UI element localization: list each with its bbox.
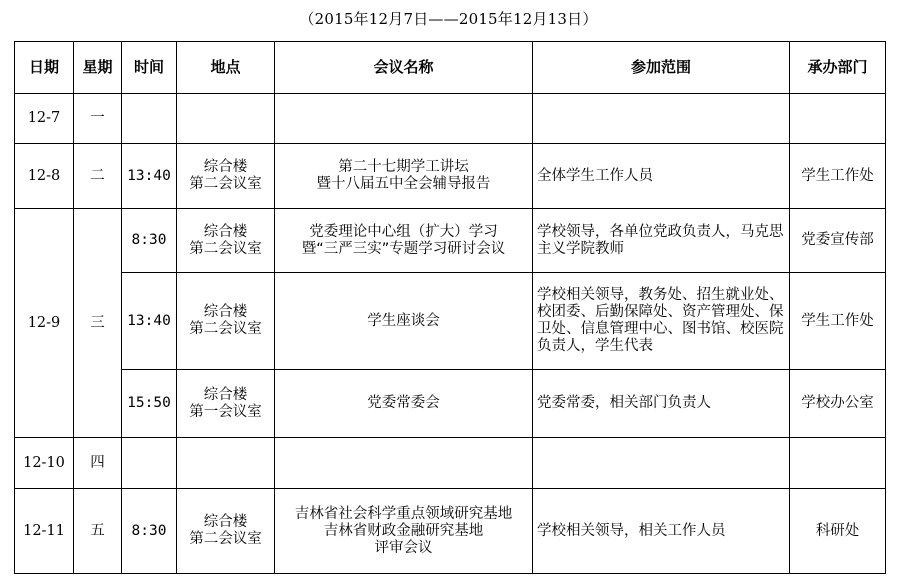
location-building: 综合楼: [181, 304, 270, 321]
location-building: 综合楼: [181, 387, 270, 404]
table-row: 13:40 综合楼 第二会议室 学生座谈会 学校相关领导，教务处、招生就业处、校…: [15, 273, 886, 370]
date-cell: 12-8: [15, 144, 74, 209]
table-row: 12-9 三 8:30 综合楼 第二会议室 党委理论中心组（扩大）学习 暨“三严…: [15, 209, 886, 273]
time-cell: 15:50: [122, 370, 177, 438]
meeting-schedule-table: 日期 星期 时间 地点 会议名称 参加范围 承办部门 12-7 一 12-8 二…: [14, 41, 886, 574]
attendees-cell: 学校相关领导，教务处、招生就业处、校团委、后勤保障处、资产管理处、保卫处、信息管…: [533, 273, 790, 370]
meeting-name-line: 党委常委会: [279, 395, 528, 412]
header-weekday: 星期: [74, 42, 122, 94]
time-cell: 13:40: [122, 273, 177, 370]
organizer-cell: 学校办公室: [790, 370, 886, 438]
table-row: 15:50 综合楼 第一会议室 党委常委会 党委常委，相关部门负责人 学校办公室: [15, 370, 886, 438]
location-room: 第一会议室: [181, 404, 270, 421]
location-cell: 综合楼 第二会议室: [177, 273, 275, 370]
weekday-cell: 三: [74, 209, 122, 438]
meeting-name-cell: 党委理论中心组（扩大）学习 暨“三严三实”专题学习研讨会议: [275, 209, 533, 273]
date-cell: 12-10: [15, 438, 74, 489]
location-building: 综合楼: [181, 159, 270, 176]
meeting-name-cell: [275, 438, 533, 489]
meeting-name-cell: 第二十七期学工讲坛 暨十八届五中全会辅导报告: [275, 144, 533, 209]
date-range-subtitle: （2015年12月7日——2015年12月13日）: [0, 9, 897, 29]
organizer-cell: 学生工作处: [790, 273, 886, 370]
header-location: 地点: [177, 42, 275, 94]
attendees-cell: [533, 94, 790, 144]
meeting-name-cell: 党委常委会: [275, 370, 533, 438]
time-cell: [122, 438, 177, 489]
location-room: 第二会议室: [181, 176, 270, 193]
meeting-name-line: 评审会议: [279, 540, 528, 557]
organizer-cell: [790, 438, 886, 489]
time-cell: [122, 94, 177, 144]
meeting-name-cell: 学生座谈会: [275, 273, 533, 370]
location-cell: 综合楼 第二会议室: [177, 144, 275, 209]
location-building: 综合楼: [181, 514, 270, 531]
location-cell: 综合楼 第二会议室: [177, 209, 275, 273]
date-cell: 12-11: [15, 489, 74, 574]
location-cell: 综合楼 第二会议室: [177, 489, 275, 574]
location-cell: [177, 94, 275, 144]
attendees-cell: 党委常委，相关部门负责人: [533, 370, 790, 438]
time-cell: 13:40: [122, 144, 177, 209]
meeting-name-line: 第二十七期学工讲坛: [279, 159, 528, 176]
header-row: 日期 星期 时间 地点 会议名称 参加范围 承办部门: [15, 42, 886, 94]
date-cell: 12-7: [15, 94, 74, 144]
attendees-cell: 学校相关领导，相关工作人员: [533, 489, 790, 574]
location-room: 第二会议室: [181, 241, 270, 258]
organizer-cell: 科研处: [790, 489, 886, 574]
location-cell: 综合楼 第一会议室: [177, 370, 275, 438]
weekday-cell: 一: [74, 94, 122, 144]
weekday-cell: 二: [74, 144, 122, 209]
table-row: 12-8 二 13:40 综合楼 第二会议室 第二十七期学工讲坛 暨十八届五中全…: [15, 144, 886, 209]
location-building: 综合楼: [181, 224, 270, 241]
attendees-cell: 全体学生工作人员: [533, 144, 790, 209]
header-organizer: 承办部门: [790, 42, 886, 94]
meeting-name-line: 暨十八届五中全会辅导报告: [279, 176, 528, 193]
meeting-name-line: 暨“三严三实”专题学习研讨会议: [279, 241, 528, 258]
meeting-name-cell: 吉林省社会科学重点领域研究基地 吉林省财政金融研究基地 评审会议: [275, 489, 533, 574]
weekday-cell: 四: [74, 438, 122, 489]
header-attendees: 参加范围: [533, 42, 790, 94]
time-cell: 8:30: [122, 209, 177, 273]
meeting-name-cell: [275, 94, 533, 144]
header-date: 日期: [15, 42, 74, 94]
organizer-cell: 党委宣传部: [790, 209, 886, 273]
table-row: 12-10 四: [15, 438, 886, 489]
header-time: 时间: [122, 42, 177, 94]
meeting-name-line: 党委理论中心组（扩大）学习: [279, 224, 528, 241]
table-row: 12-7 一: [15, 94, 886, 144]
attendees-cell: 学校领导，各单位党政负责人，马克思主义学院教师: [533, 209, 790, 273]
location-room: 第二会议室: [181, 531, 270, 548]
header-meeting-name: 会议名称: [275, 42, 533, 94]
meeting-name-line: 吉林省财政金融研究基地: [279, 523, 528, 540]
meeting-name-line: 学生座谈会: [279, 313, 528, 330]
meeting-name-line: 吉林省社会科学重点领域研究基地: [279, 506, 528, 523]
date-cell: 12-9: [15, 209, 74, 438]
organizer-cell: [790, 94, 886, 144]
weekday-cell: 五: [74, 489, 122, 574]
location-cell: [177, 438, 275, 489]
table-row: 12-11 五 8:30 综合楼 第二会议室 吉林省社会科学重点领域研究基地 吉…: [15, 489, 886, 574]
location-room: 第二会议室: [181, 321, 270, 338]
organizer-cell: 学生工作处: [790, 144, 886, 209]
attendees-cell: [533, 438, 790, 489]
time-cell: 8:30: [122, 489, 177, 574]
